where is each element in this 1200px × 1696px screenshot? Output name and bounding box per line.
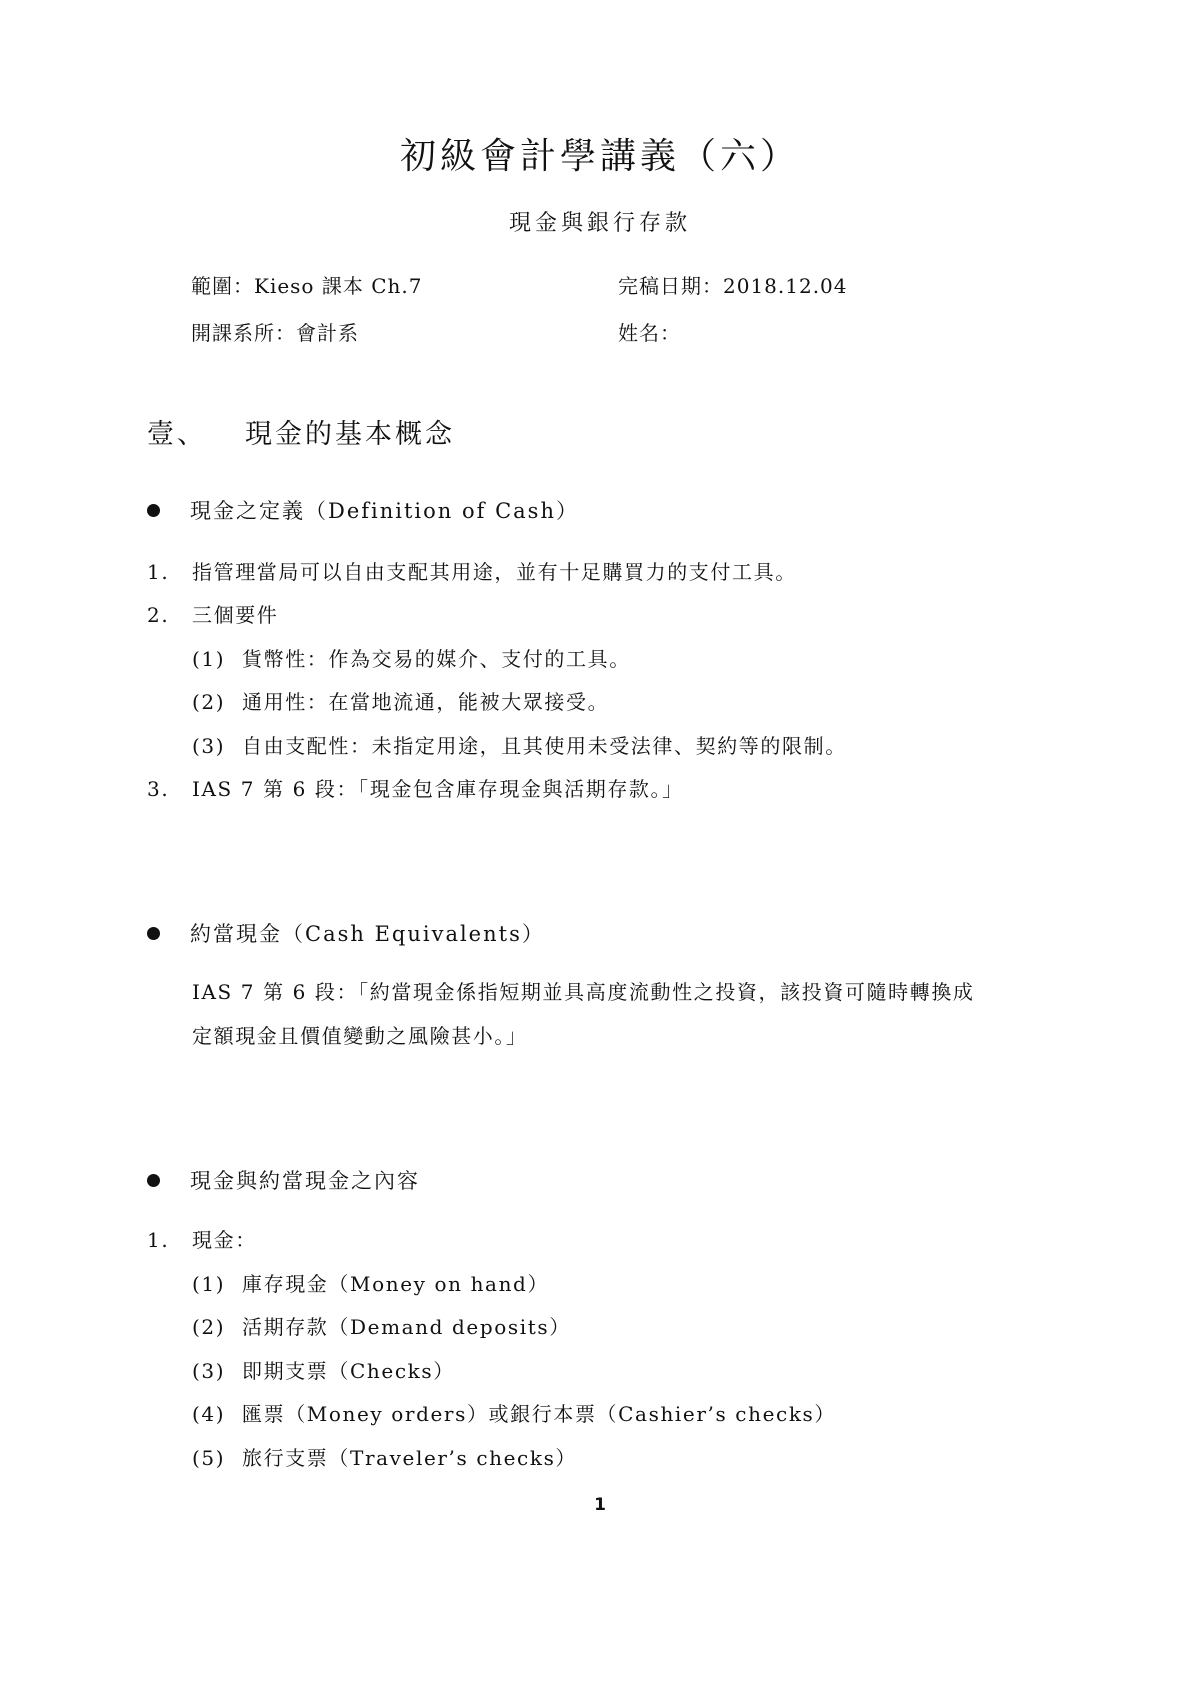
- bullet-icon: [147, 504, 160, 517]
- sub-list-item: (4)匯票（Money orders）或銀行本票（Cashier’s check…: [192, 1398, 836, 1427]
- sub-list-item: (5)旅行支票（Traveler’s checks）: [192, 1442, 577, 1471]
- section-heading: 壹、現金的基本概念: [147, 412, 455, 451]
- page-number: 1: [0, 1495, 1200, 1515]
- sub-list-item: (3)自由支配性：未指定用途，且其使用未受法律、契約等的限制。: [192, 730, 847, 759]
- section-number: 壹、: [147, 412, 245, 451]
- bullet-heading-cash-equivalents: 約當現金（Cash Equivalents）: [147, 918, 545, 948]
- bullet-icon: [147, 927, 160, 940]
- document-title: 初級會計學講義（六）: [0, 128, 1200, 179]
- document-subtitle: 現金與銀行存款: [0, 206, 1200, 237]
- meta-name: 姓名：: [618, 317, 681, 346]
- list-item: 1.指管理當局可以自由支配其用途，並有十足購買力的支付工具。: [147, 556, 797, 585]
- sub-list-item: (3)即期支票（Checks）: [192, 1355, 455, 1384]
- list-item: 1.現金：: [147, 1224, 257, 1253]
- bullet-heading-contents: 現金與約當現金之內容: [147, 1165, 420, 1195]
- sub-list-item: (2)通用性：在當地流通，能被大眾接受。: [192, 686, 609, 715]
- sub-list-item: (1)貨幣性：作為交易的媒介、支付的工具。: [192, 643, 631, 672]
- section-title: 現金的基本概念: [245, 419, 455, 450]
- list-item: 2.三個要件: [147, 599, 278, 628]
- quote-line: 定額現金且價值變動之風險甚小。」: [192, 1020, 528, 1049]
- meta-scope: 範圍：Kieso 課本 Ch.7: [191, 270, 422, 299]
- quote-line: IAS 7 第 6 段：「約當現金係指短期並具高度流動性之投資，該投資可隨時轉換…: [192, 976, 975, 1005]
- bullet-heading-cash-definition: 現金之定義（Definition of Cash）: [147, 495, 579, 525]
- list-item: 3.IAS 7 第 6 段：「現金包含庫存現金與活期存款。」: [147, 773, 684, 802]
- sub-list-item: (2)活期存款（Demand deposits）: [192, 1311, 571, 1340]
- meta-department: 開課系所：會計系: [191, 317, 359, 346]
- bullet-icon: [147, 1174, 160, 1187]
- sub-list-item: (1)庫存現金（Money on hand）: [192, 1268, 549, 1297]
- meta-completed-date: 完稿日期：2018.12.04: [618, 270, 848, 299]
